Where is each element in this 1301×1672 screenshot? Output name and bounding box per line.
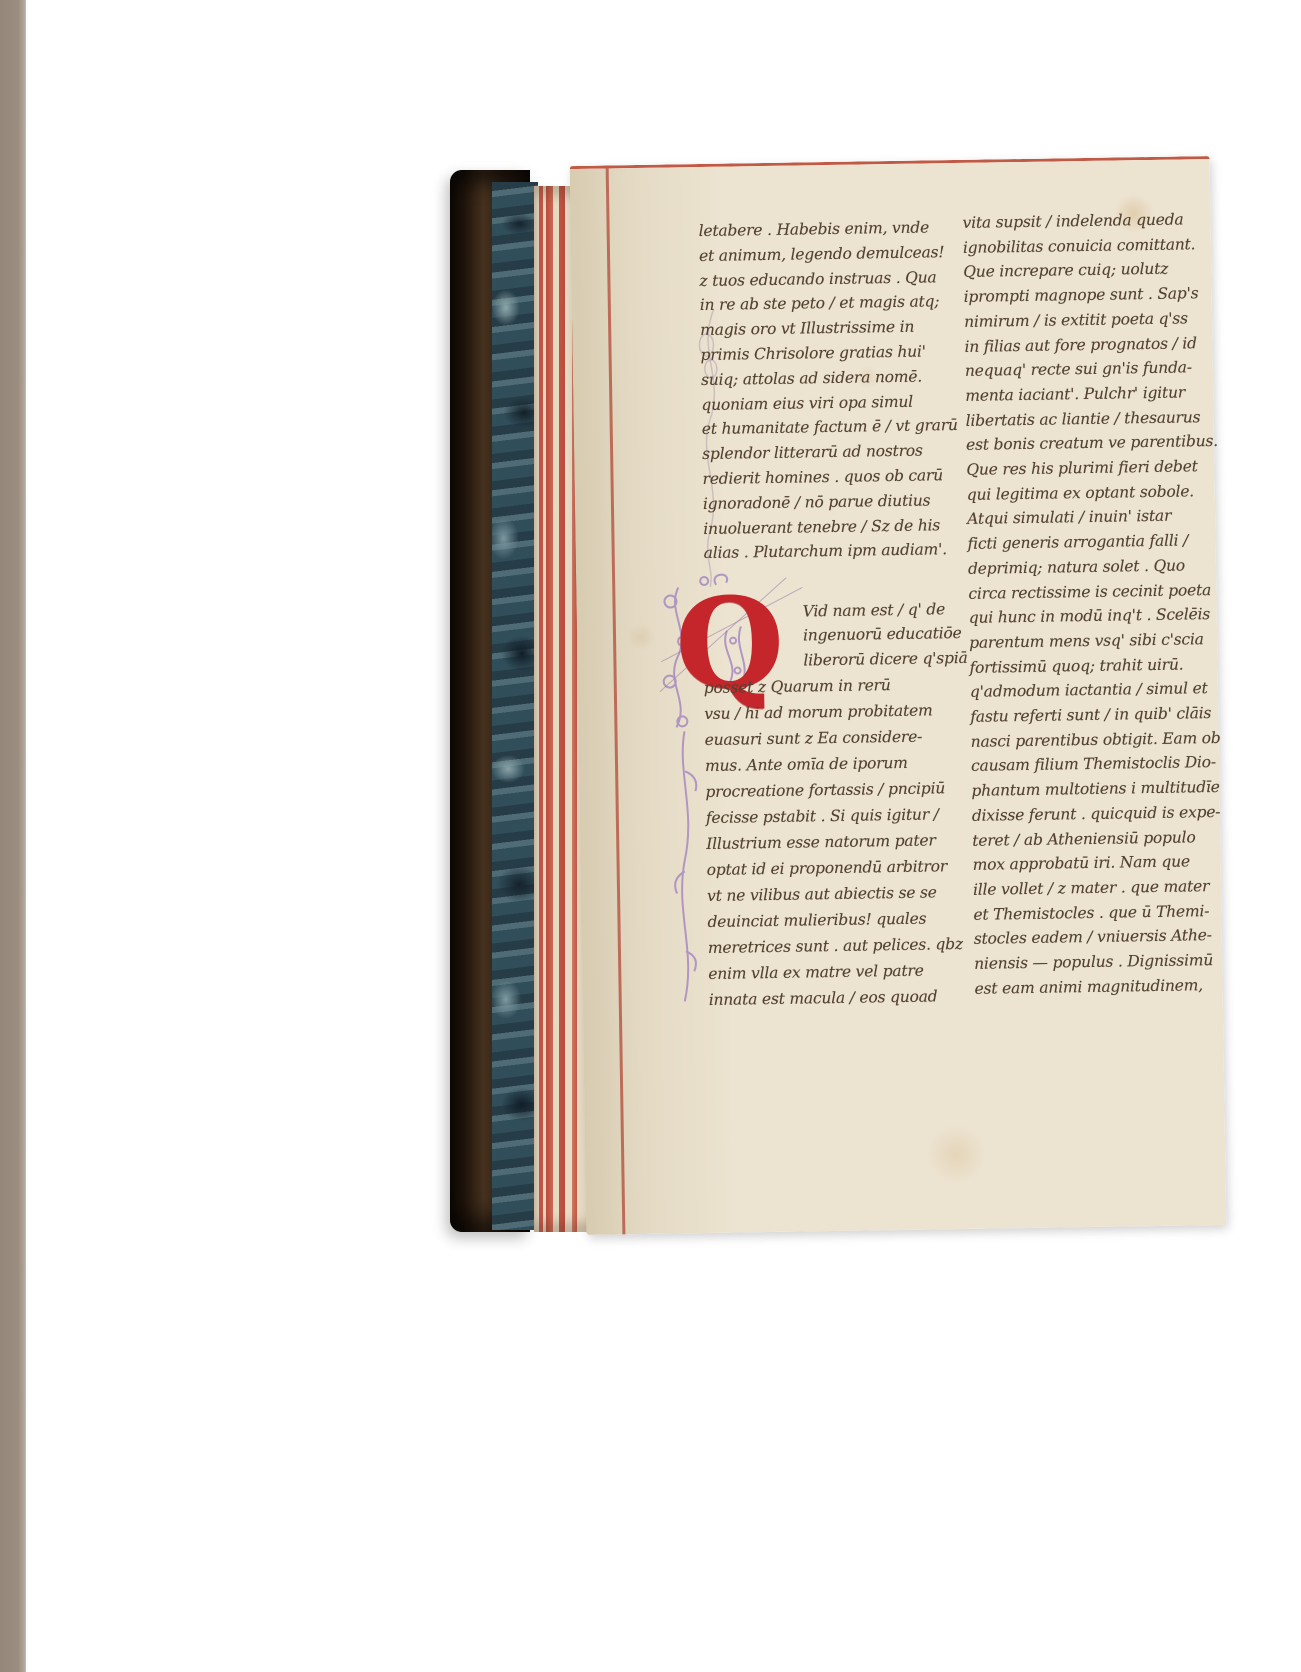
manuscript-text-line: est eam animi magnitudinem, [974,973,1226,1002]
manuscript-text-line: ingenuorū educatiōe [803,621,968,648]
manuscript-text-line: primis Chrisolore gratias hui' [700,339,956,368]
manuscript-text-line: mus. Ante omīa de iporum [705,749,960,779]
manuscript-text-line: meretrices sunt . aut pelices. qbz [708,931,963,961]
manuscript-text-line: redierit homines . quos ob carū [702,463,958,492]
manuscript-text-line: posset z Quarum in rerū [704,671,959,701]
manuscript-text-line: ignoradonē / nō parue diutius [703,488,959,517]
left-column-lower-text: posset z Quarum in rerūvsu / hi ad morum… [704,671,964,1013]
manuscript-text-line: in re ab ste peto / et magis atq; [700,289,956,318]
manuscript-text-line: phantum multotiens i multitudīe [971,775,1223,804]
manuscript-text-line: vsu / hi ad morum probitatem [704,697,959,727]
manuscript-text-line: Illustrium esse natorum pater [706,827,961,857]
manuscript-text-line: parentum mens vsq' sibi c'scia [969,627,1221,656]
gutter-ruling-line [606,168,626,1234]
manuscript-text-line: vt ne vilibus aut abiectis se se [707,879,962,909]
manuscript-text-line: iprompti magnope sunt . Sap's [964,281,1216,310]
manuscript-text-line: Que res his plurimi fieri debet [966,454,1218,483]
manuscript-text-line: vita supsit / indelenda queda [962,207,1214,236]
manuscript-text-line: deprimiq; natura solet . Quo [968,553,1220,582]
manuscript-text-line: qui legitima ex optant sobole. [967,479,1219,508]
manuscript-text-line: letabere . Habebis enim, vnde [698,215,954,244]
manuscript-text-line: innata est macula / eos quoad [709,983,964,1013]
marbled-endpaper [492,182,538,1230]
book-photo: Q letabere . Habebis enim, vndeet animum… [434,158,1218,1242]
left-column-upper-text: letabere . Habebis enim, vndeet animum, … [698,215,959,566]
manuscript-text-line: nimirum / is extitit poeta q'ss [964,306,1216,335]
manuscript-text-line: dixisse ferunt . quicquid is expe- [972,800,1224,829]
manuscript-text-line: fecisse pstabit . Si quis igitur / [706,801,961,831]
photo-canvas: Q letabere . Habebis enim, vndeet animum… [0,0,1301,1672]
manuscript-text-line: menta iaciant'. Pulchr' igitur [965,380,1217,409]
manuscript-text-line: alias . Plutarchum ipm audiam'. [704,537,960,566]
right-column-text: vita supsit / indelenda quedaignobilitas… [962,207,1226,1001]
manuscript-text-line: ille vollet / z mater . que mater [973,874,1225,903]
manuscript-text-line: optat id ei proponendū arbitror [706,853,961,883]
manuscript-text-line: euasuri sunt z Ea considere- [704,723,959,753]
manuscript-text-line: niensis — populus . Dignissimū [974,948,1226,977]
manuscript-text-line: et animum, legendo demulceas! [699,240,955,269]
manuscript-page: Q letabere . Habebis enim, vndeet animum… [570,156,1227,1235]
manuscript-text-line: ignobilitas conuicia comittant. [963,232,1215,261]
manuscript-text-line: deuinciat mulieribus! quales [707,905,962,935]
left-margin-bar [0,0,26,1672]
manuscript-text-line: enim vlla ex matre vel patre [708,957,963,987]
manuscript-text-line: fastu referti sunt / in quib' clāis [970,701,1222,730]
manuscript-text-line: liberorū dicere q'spiā [803,646,968,673]
left-column-initial-indent-text: Vid nam est / q' deingenuorū educatiōeli… [802,597,967,673]
manuscript-text-line: ficti generis arrogantia falli / [967,528,1219,557]
manuscript-text-line: suiq; attolas ad sidera nomē. [701,364,957,393]
manuscript-text-line: Vid nam est / q' de [802,597,967,624]
manuscript-text-line: procreatione fortassis / pncipiū [705,775,960,805]
